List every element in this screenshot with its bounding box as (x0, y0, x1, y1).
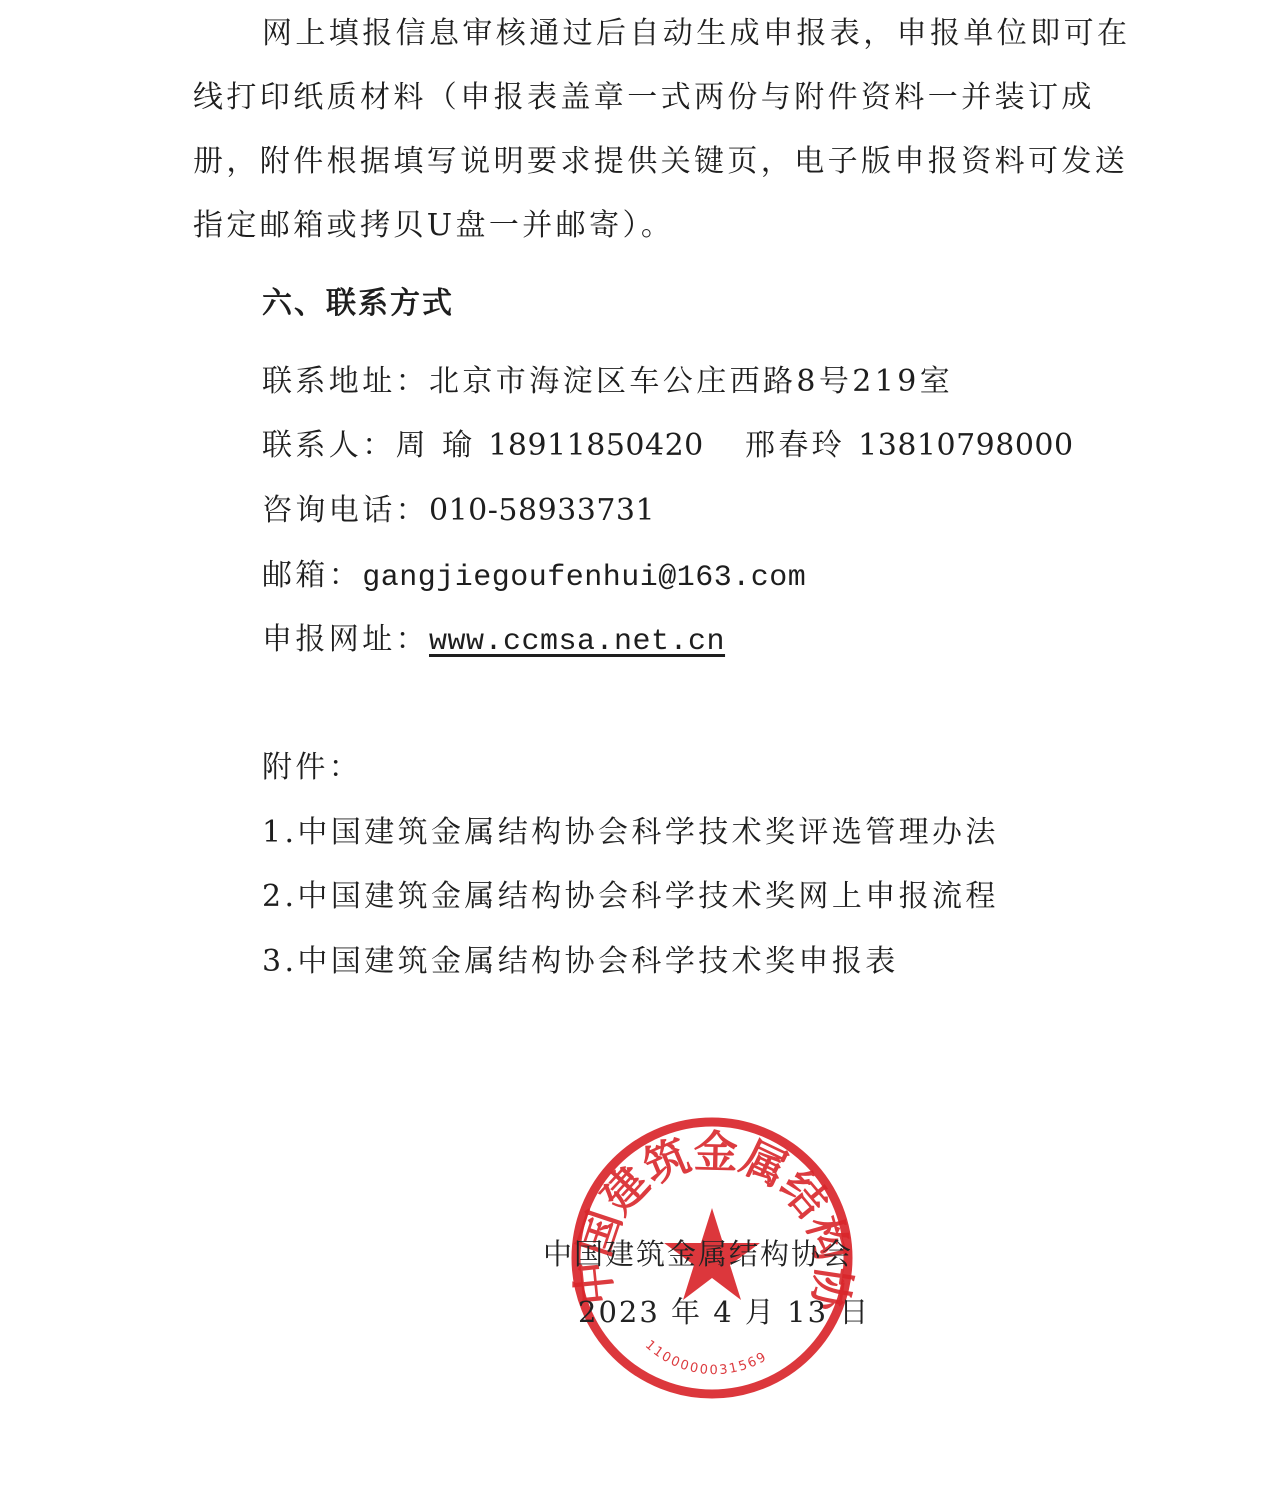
attachment-item: 1.中国建筑金属结构协会科学技术奖评选管理办法 (262, 813, 999, 853)
address-value: 北京市海淀区车公庄西路8号219室 (429, 364, 953, 399)
contact-email: 邮箱：gangjiegoufenhui@163.com (262, 556, 806, 598)
paragraph-line: 册，附件根据填写说明要求提供关键页，电子版申报资料可发送 (193, 142, 1128, 182)
phone-value: 010-58933731 (429, 493, 655, 528)
person-label: 联系人： (262, 428, 396, 463)
phone-label: 咨询电话： (262, 493, 429, 528)
person2-phone: 13810798000 (858, 428, 1073, 463)
person2-name: 邢春玲 (745, 428, 845, 463)
contact-website: 申报网址：www.ccmsa.net.cn (262, 620, 725, 662)
contact-address: 联系地址：北京市海淀区车公庄西路8号219室 (262, 362, 953, 402)
attachment-item: 2.中国建筑金属结构协会科学技术奖网上申报流程 (262, 877, 999, 917)
signature-date: 2023 年 4 月 13 日 (578, 1290, 870, 1331)
paragraph-line: 指定邮箱或拷贝U盘一并邮寄）。 (193, 206, 674, 246)
address-label: 联系地址： (262, 364, 429, 399)
section-heading-contact: 六、联系方式 (262, 284, 454, 324)
contact-persons: 联系人：周 瑜 18911850420 (262, 426, 704, 466)
contact-person2: 邢春玲 13810798000 (745, 426, 1074, 466)
website-label: 申报网址： (262, 622, 429, 657)
svg-text:1100000031569: 1100000031569 (642, 1338, 770, 1379)
website-link[interactable]: www.ccmsa.net.cn (429, 625, 725, 659)
paragraph-line: 线打印纸质材料（申报表盖章一式两份与附件资料一并装订成 (193, 78, 1095, 118)
signature-organization: 中国建筑金属结构协会 (543, 1232, 853, 1273)
paragraph-line: 网上填报信息审核通过后自动生成申报表，申报单位即可在 (262, 14, 1130, 54)
attachments-label: 附件： (262, 748, 362, 788)
contact-phone: 咨询电话：010-58933731 (262, 491, 655, 531)
person1-name: 周 瑜 (396, 428, 476, 463)
attachment-item: 3.中国建筑金属结构协会科学技术奖申报表 (262, 942, 899, 982)
email-label: 邮箱： (262, 558, 362, 593)
person1-phone: 18911850420 (488, 428, 703, 463)
email-value: gangjiegoufenhui@163.com (362, 561, 806, 595)
